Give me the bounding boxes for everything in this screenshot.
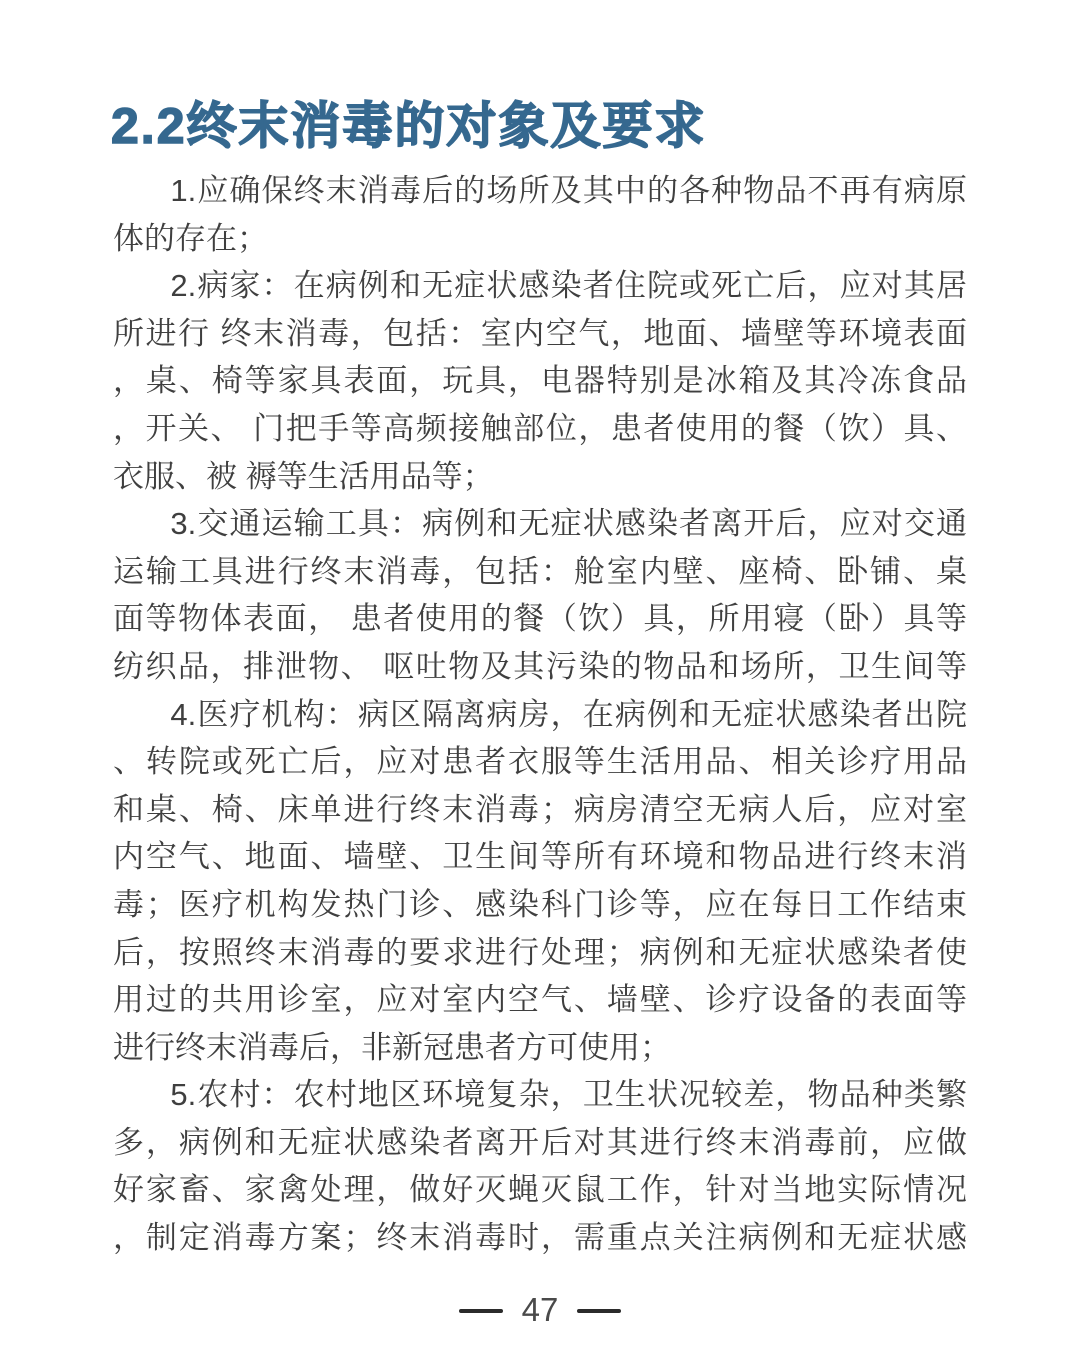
text-line: 衣服、被 褥等生活用品等； <box>113 453 967 501</box>
text-line: 纺织品，排泄物、 呕吐物及其污染的物品和场所，卫生间等 <box>113 643 967 691</box>
text-line: 3.交通运输工具：病例和无症状感染者离开后，应对交通 <box>113 500 967 548</box>
text-line: 1.应确保终末消毒后的场所及其中的各种物品不再有病原 <box>113 167 967 215</box>
text-line: 所进行 终末消毒，包括：室内空气，地面、墙壁等环境表面 <box>113 310 967 358</box>
document-page: 2.2终末消毒的对象及要求 1.应确保终末消毒后的场所及其中的各种物品不再有病原… <box>0 0 1080 1349</box>
page-rule-left <box>459 1309 503 1313</box>
text-line: 运输工具进行终末消毒，包括：舱室内壁、座椅、卧铺、桌 <box>113 548 967 596</box>
text-line: 、转院或死亡后，应对患者衣服等生活用品、相关诊疗用品 <box>113 738 967 786</box>
text-line: 后，按照终末消毒的要求进行处理；病例和无症状感染者使 <box>113 929 967 977</box>
text-line: 体的存在； <box>113 215 967 263</box>
text-line: 用过的共用诊室，应对室内空气、墙壁、诊疗设备的表面等 <box>113 976 967 1024</box>
page-rule-right <box>577 1309 621 1313</box>
page-footer: 47 <box>0 1293 1080 1329</box>
text-line: 和桌、椅、床单进行终末消毒；病房清空无病人后，应对室 <box>113 786 967 834</box>
text-line: 进行终末消毒后，非新冠患者方可使用； <box>113 1024 967 1072</box>
text-line: 多，病例和无症状感染者离开后对其进行终末消毒前，应做 <box>113 1119 967 1167</box>
text-line: ，开关、 门把手等高频接触部位，患者使用的餐（饮）具、 <box>113 405 967 453</box>
text-line: ，制定消毒方案；终末消毒时，需重点关注病例和无症状感 <box>113 1214 967 1262</box>
text-line: 面等物体表面， 患者使用的餐（饮）具，所用寝（卧）具等 <box>113 595 967 643</box>
text-line: 好家畜、家禽处理，做好灭蝇灭鼠工作，针对当地实际情况 <box>113 1166 967 1214</box>
paragraph: 1.应确保终末消毒后的场所及其中的各种物品不再有病原体的存在； <box>113 167 967 262</box>
text-line: ，桌、椅等家具表面，玩具，电器特别是冰箱及其冷冻食品 <box>113 357 967 405</box>
section-heading: 2.2终末消毒的对象及要求 <box>111 86 707 158</box>
text-line: 内空气、地面、墙壁、卫生间等所有环境和物品进行终末消 <box>113 833 967 881</box>
body-paragraphs: 1.应确保终末消毒后的场所及其中的各种物品不再有病原体的存在；2.病家：在病例和… <box>113 167 967 1262</box>
text-line: 2.病家：在病例和无症状感染者住院或死亡后，应对其居 <box>113 262 967 310</box>
text-line: 5.农村：农村地区环境复杂，卫生状况较差，物品种类繁 <box>113 1071 967 1119</box>
paragraph: 5.农村：农村地区环境复杂，卫生状况较差，物品种类繁多，病例和无症状感染者离开后… <box>113 1071 967 1261</box>
paragraph: 3.交通运输工具：病例和无症状感染者离开后，应对交通运输工具进行终末消毒，包括：… <box>113 500 967 690</box>
paragraph: 2.病家：在病例和无症状感染者住院或死亡后，应对其居所进行 终末消毒，包括：室内… <box>113 262 967 500</box>
text-line: 4.医疗机构：病区隔离病房，在病例和无症状感染者出院 <box>113 691 967 739</box>
text-line: 毒；医疗机构发热门诊、感染科门诊等，应在每日工作结束 <box>113 881 967 929</box>
page-number: 47 <box>522 1293 559 1329</box>
paragraph: 4.医疗机构：病区隔离病房，在病例和无症状感染者出院、转院或死亡后，应对患者衣服… <box>113 691 967 1072</box>
